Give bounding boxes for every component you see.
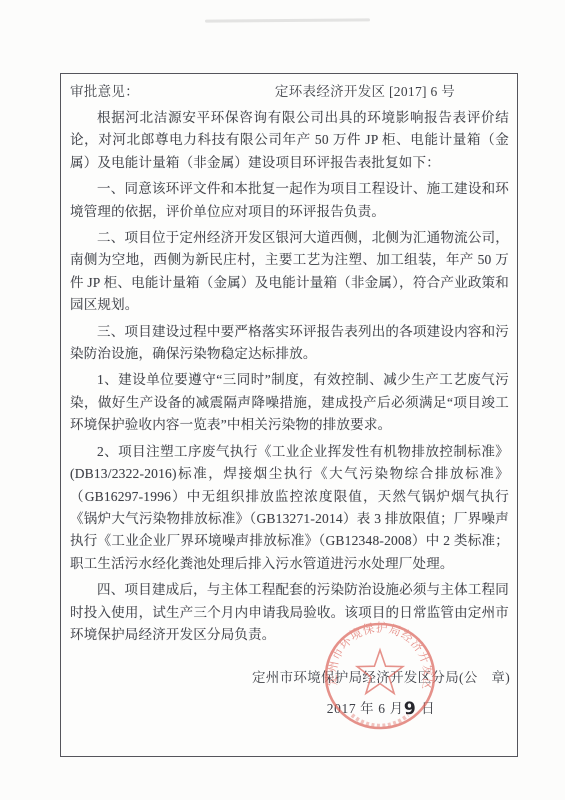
paragraph-item-2: 二、项目位于定州经济开发区银河大道西侧，北侧为汇通物流公司，南侧为空地，西侧为新…	[70, 227, 509, 317]
signature-agency: 定州市环境保护局经济开发区分局(公 章)	[238, 666, 524, 686]
handwritten-day: 9	[403, 702, 416, 717]
section-label: 审批意见：	[70, 82, 139, 102]
doc-number: 定环表经济开发区 [2017] 6 号	[275, 82, 509, 102]
document-page: 审批意见： 定环表经济开发区 [2017] 6 号 根据河北洁源安平环保咨询有限…	[0, 0, 565, 800]
paragraph-item-3-1: 1、建设单位要遵守“三同时”制度，有效控制、减少生产工艺废气污染，做好生产设备的…	[70, 369, 509, 436]
approval-opinion-box: 审批意见： 定环表经济开发区 [2017] 6 号 根据河北洁源安平环保咨询有限…	[60, 73, 518, 757]
approval-body: 根据河北洁源安平环保咨询有限公司出具的环境影响报告表评价结论，对河北郎尊电力科技…	[70, 107, 509, 646]
paragraph-item-3: 三、项目建设过程中要严格落实环评报告表列出的各项建设内容和污染防治设施，确保污染…	[70, 321, 509, 366]
scan-artifact	[205, 18, 370, 22]
paragraph-item-4: 四、项目建成后，与主体工程配套的污染防治设施必须与主体工程同时投入使用，试生产三…	[70, 579, 509, 646]
date-suffix: 日	[421, 701, 435, 716]
paragraph-intro: 根据河北洁源安平环保咨询有限公司出具的环境影响报告表评价结论，对河北郎尊电力科技…	[70, 107, 509, 174]
signature-date: 2017 年 6 月9 日	[238, 697, 524, 717]
approval-header: 审批意见： 定环表经济开发区 [2017] 6 号	[70, 82, 509, 102]
paragraph-item-3-2: 2、项目注塑工序废气执行《工业企业挥发性有机物排放控制标准》(DB13/2322…	[70, 441, 509, 575]
date-prefix: 2017 年 6 月	[327, 701, 404, 716]
signature-block: 定州市环境保护局经济开发区分局(公 章) 2017 年 6 月9 日	[238, 666, 524, 717]
paragraph-item-1: 一、同意该环评文件和本批复一起作为项目工程设计、施工建设和环境管理的依据，评价单…	[70, 178, 509, 223]
